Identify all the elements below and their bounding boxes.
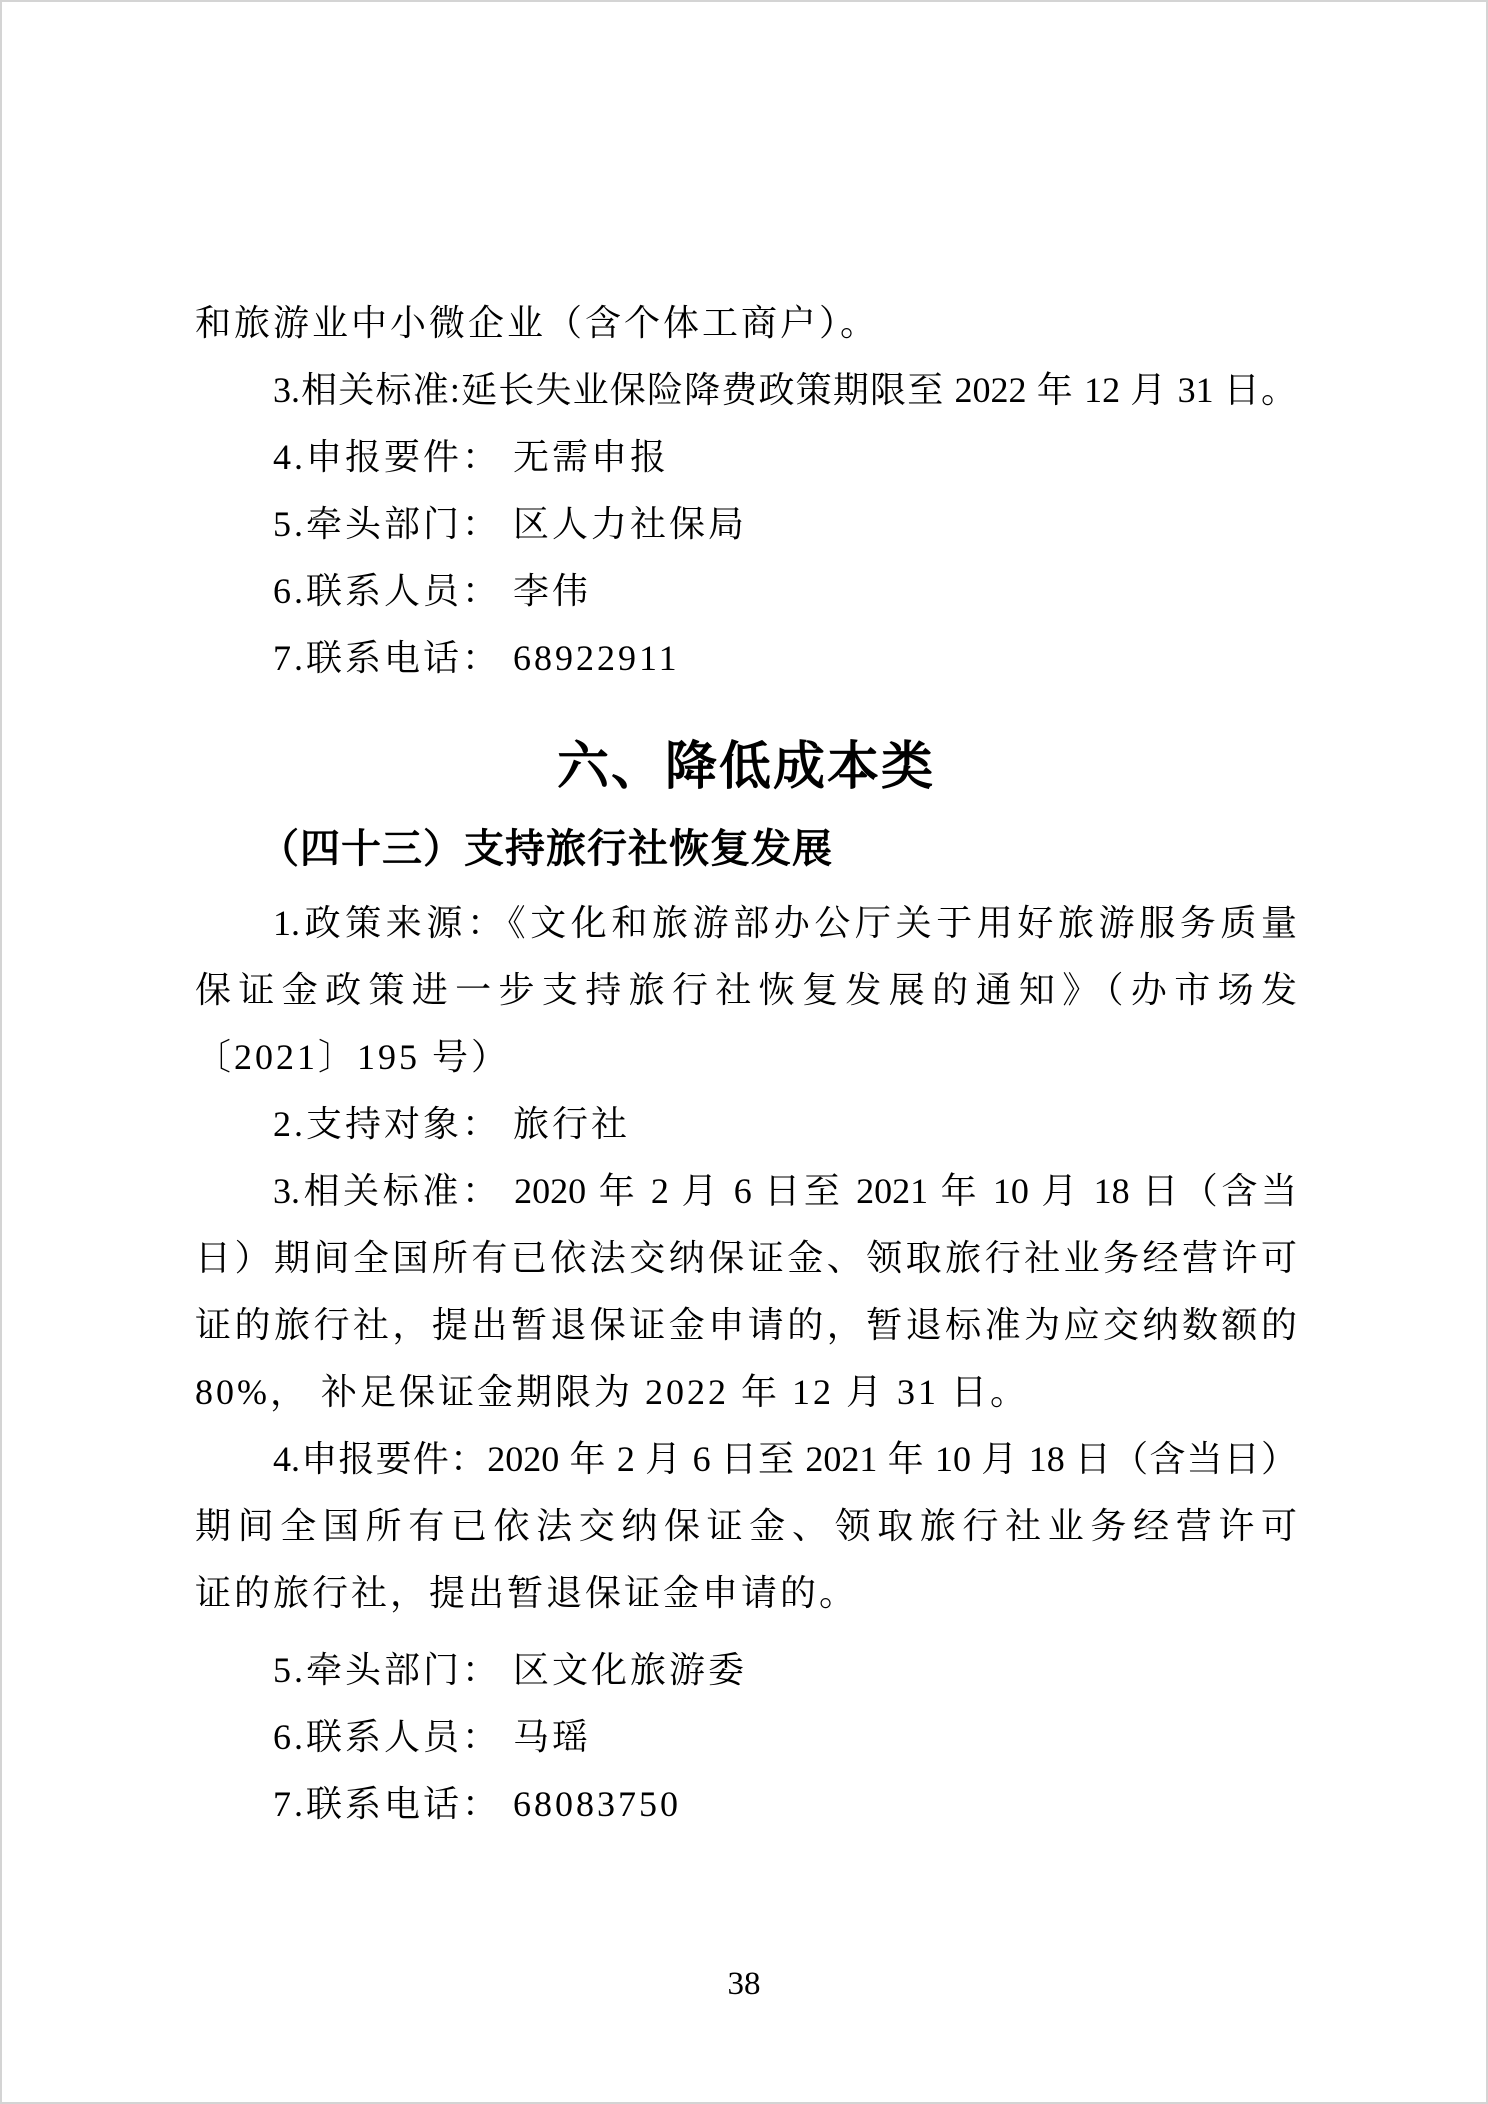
body-line: 6.联系人员： 马瑶 [195, 1704, 1297, 1771]
body-line: 2.支持对象： 旅行社 [195, 1091, 1297, 1158]
body-line: 日）期间全国所有已依法交纳保证金、领取旅行社业务经营许可 [195, 1225, 1297, 1292]
document-page: 和旅游业中小微企业（含个体工商户）。3.相关标准:延长失业保险降费政策期限至 2… [0, 0, 1488, 2104]
body-line: 7.联系电话： 68083750 [195, 1771, 1297, 1838]
body-line: 和旅游业中小微企业（含个体工商户）。 [195, 290, 1297, 357]
body-line: 5.牵头部门： 区文化旅游委 [195, 1637, 1297, 1704]
section-heading: 六、降低成本类 [195, 732, 1297, 802]
body-line: 保证金政策进一步支持旅行社恢复发展的通知》（办市场发 [195, 957, 1297, 1024]
body-line: 3.相关标准:延长失业保险降费政策期限至 2022 年 12 月 31 日。 [195, 357, 1297, 424]
document-text-block: 和旅游业中小微企业（含个体工商户）。3.相关标准:延长失业保险降费政策期限至 2… [195, 290, 1297, 1838]
body-line: 期间全国所有已依法交纳保证金、领取旅行社业务经营许可 [195, 1493, 1297, 1560]
page-number: 38 [2, 1964, 1486, 2004]
subsection-heading: （四十三）支持旅行社恢复发展 [195, 818, 1297, 880]
body-line: 4.申报要件： 无需申报 [195, 424, 1297, 491]
body-line: 证的旅行社，提出暂退保证金申请的，暂退标准为应交纳数额的 [195, 1292, 1297, 1359]
body-line: 3.相关标准： 2020 年 2 月 6 日至 2021 年 10 月 18 日… [195, 1158, 1297, 1225]
body-line: 1.政策来源：《文化和旅游部办公厅关于用好旅游服务质量 [195, 890, 1297, 957]
body-line: 7.联系电话： 68922911 [195, 625, 1297, 692]
body-line: 5.牵头部门： 区人力社保局 [195, 491, 1297, 558]
body-line: 证的旅行社，提出暂退保证金申请的。 [195, 1560, 1297, 1627]
body-line: 〔2021〕195 号） [195, 1024, 1297, 1091]
body-line: 80%， 补足保证金期限为 2022 年 12 月 31 日。 [195, 1359, 1297, 1426]
body-line: 6.联系人员： 李伟 [195, 558, 1297, 625]
body-line: 4.申报要件：2020 年 2 月 6 日至 2021 年 10 月 18 日（… [195, 1426, 1297, 1493]
